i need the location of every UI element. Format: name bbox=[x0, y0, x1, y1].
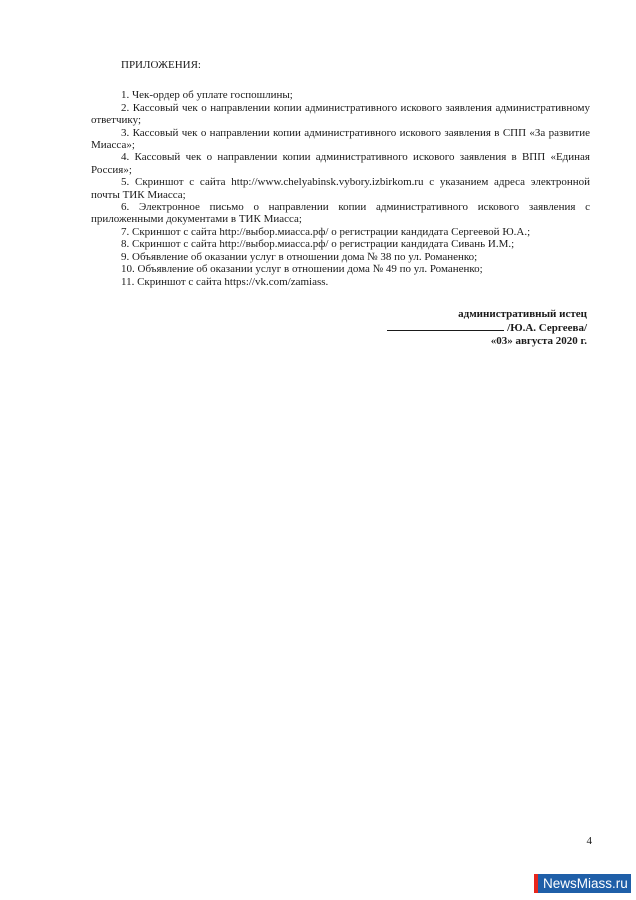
attachment-item: 3. Кассовый чек о направлении копии адми… bbox=[91, 127, 590, 152]
attachment-item: 1. Чек-ордер об уплате госпошлины; bbox=[91, 89, 590, 101]
attachment-item: 9. Объявление об оказании услуг в отноше… bbox=[91, 251, 590, 263]
newsmiass-watermark: NewsMiass.ru bbox=[534, 874, 631, 893]
attachment-item: 8. Скриншот с сайта http://выбор.миасса.… bbox=[91, 238, 590, 250]
attachments-list: 1. Чек-ордер об уплате госпошлины; 2. Ка… bbox=[91, 89, 590, 288]
signature-line-row: /Ю.А. Сергеева/ bbox=[91, 320, 587, 334]
attachments-heading: ПРИЛОЖЕНИЯ: bbox=[91, 59, 590, 71]
attachment-item: 4. Кассовый чек о направлении копии адми… bbox=[91, 151, 590, 176]
attachment-item: 7. Скриншот с сайта http://выбор.миасса.… bbox=[91, 226, 590, 238]
signer-name: /Ю.А. Сергеева/ bbox=[507, 322, 587, 334]
signer-role: административный истец bbox=[91, 308, 587, 320]
attachment-item: 11. Скриншот с сайта https://vk.com/zami… bbox=[91, 276, 590, 288]
signature-date: «03» августа 2020 г. bbox=[91, 335, 587, 347]
attachment-item: 10. Объявление об оказании услуг в отнош… bbox=[91, 263, 590, 275]
attachment-item: 6. Электронное письмо о направлении копи… bbox=[91, 201, 590, 226]
attachment-item: 2. Кассовый чек о направлении копии адми… bbox=[91, 102, 590, 127]
page-number: 4 bbox=[580, 835, 592, 847]
document-page: ПРИЛОЖЕНИЯ: 1. Чек-ордер об уплате госпо… bbox=[91, 59, 590, 347]
signature-line bbox=[387, 320, 504, 331]
watermark-label: NewsMiass.ru bbox=[538, 874, 631, 893]
attachment-item: 5. Скриншот с сайта http://www.chelyabin… bbox=[91, 176, 590, 201]
signature-block: административный истец /Ю.А. Сергеева/ «… bbox=[91, 308, 590, 347]
